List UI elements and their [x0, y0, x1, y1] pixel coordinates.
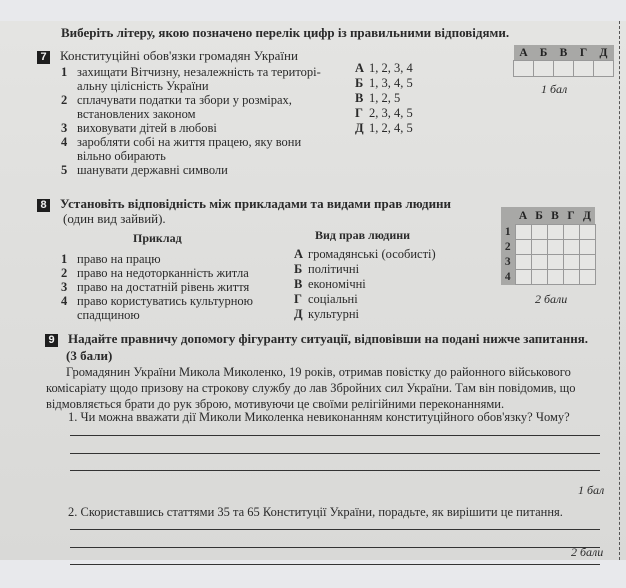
answer-option: Бполітичні: [294, 262, 436, 277]
answer-option: Агромадянські (особисті): [294, 247, 436, 262]
answer-cell[interactable]: [531, 240, 547, 255]
item-text: виховувати дітей в любові: [77, 121, 217, 135]
instruction-text: Виберіть літеру, якою позначено перелік …: [61, 25, 509, 41]
list-item: 3виховувати дітей в любові: [61, 121, 321, 135]
column-header-rights-type: Вид прав людини: [315, 228, 410, 243]
question-9-header: 9 Надайте правничу допомогу фігуранту си…: [45, 330, 588, 348]
option-letter: Д: [355, 121, 369, 136]
option-text: 1, 2, 3, 4: [369, 61, 413, 75]
item-number: 4: [61, 294, 77, 308]
item-number: 2: [61, 266, 77, 280]
question-7-score: 1 бал: [541, 82, 567, 97]
option-letter: Г: [355, 106, 369, 121]
question-8-items: 1право на працю2право на недоторканність…: [61, 252, 253, 322]
item-number: 5: [61, 163, 77, 177]
answer-cell[interactable]: [515, 225, 531, 240]
option-letter: Д: [294, 307, 308, 322]
grid-row-header: 4: [501, 270, 515, 285]
item-number: 2: [61, 93, 77, 107]
question-7-header: 7 Конституційні обов'язки громадян Украї…: [37, 47, 298, 65]
list-item: встановлених законом: [61, 107, 321, 121]
answer-cell[interactable]: [594, 61, 614, 77]
option-letter: В: [355, 91, 369, 106]
question-9-title: Надайте правничу допомогу фігуранту ситу…: [68, 331, 588, 346]
list-item: 1право на працю: [61, 252, 253, 266]
question-9-2-score: 2 бали: [571, 545, 603, 560]
question-9-1-text: 1. Чи можна вважати дії Миколи Миколенка…: [68, 410, 570, 424]
answer-line[interactable]: [70, 547, 600, 548]
option-letter: В: [294, 277, 308, 292]
answer-cell[interactable]: [534, 61, 554, 77]
answer-cell[interactable]: [531, 255, 547, 270]
answer-cell[interactable]: [554, 61, 574, 77]
item-text: право на працю: [77, 252, 161, 266]
option-letter: Б: [294, 262, 308, 277]
grid-column-header: Г: [574, 45, 594, 61]
list-item: спадщиною: [61, 308, 253, 322]
cut-line: [619, 21, 620, 560]
answer-option: Д1, 2, 4, 5: [355, 121, 413, 136]
question-7-options: А1, 2, 3, 4Б1, 3, 4, 5В1, 2, 5Г2, 3, 4, …: [355, 61, 413, 136]
answer-option: Дкультурні: [294, 307, 436, 322]
grid-row-header: 3: [501, 255, 515, 270]
situation-text: Громадянин України Микола Миколенко, 19 …: [46, 364, 606, 412]
item-text: право на недоторканність житла: [77, 266, 249, 280]
answer-cell[interactable]: [515, 255, 531, 270]
grid-column-header: Б: [531, 207, 547, 225]
answer-cell[interactable]: [579, 255, 595, 270]
answer-cell[interactable]: [563, 270, 579, 285]
item-text: шанувати державні символи: [77, 163, 228, 177]
list-item: альну цілісність України: [61, 79, 321, 93]
answer-cell[interactable]: [563, 225, 579, 240]
question-9-1-score: 1 бал: [578, 483, 604, 498]
grid-column-header: В: [547, 207, 563, 225]
question-7-title: Конституційні обов'язки громадян України: [60, 48, 298, 63]
item-text: альну цілісність України: [77, 79, 209, 93]
question-number-badge: 9: [45, 334, 58, 347]
question-7-answer-grid: АБВГД: [513, 45, 614, 77]
option-text: громадянські (особисті): [308, 247, 436, 261]
item-text: спадщиною: [77, 308, 140, 322]
item-text: вільно обирають: [77, 149, 166, 163]
grid-column-header: В: [554, 45, 574, 61]
answer-cell[interactable]: [515, 240, 531, 255]
option-letter: А: [294, 247, 308, 262]
option-text: політичні: [308, 262, 359, 276]
list-item: 1захищати Вітчизну, незалежність та тери…: [61, 65, 321, 79]
question-9-2-text: 2. Скориставшись статтями 35 та 65 Конст…: [68, 505, 563, 519]
answer-option: А1, 2, 3, 4: [355, 61, 413, 76]
option-letter: Г: [294, 292, 308, 307]
answer-cell[interactable]: [563, 255, 579, 270]
test-page: Виберіть літеру, якою позначено перелік …: [0, 21, 626, 560]
answer-line[interactable]: [70, 564, 600, 565]
item-number: 1: [61, 65, 77, 79]
option-letter: Б: [355, 76, 369, 91]
grid-column-header: А: [514, 45, 534, 61]
answer-line[interactable]: [70, 529, 600, 530]
option-text: 1, 3, 4, 5: [369, 76, 413, 90]
option-text: культурні: [308, 307, 359, 321]
answer-option: Векономічні: [294, 277, 436, 292]
answer-cell[interactable]: [515, 270, 531, 285]
option-text: 1, 2, 5: [369, 91, 400, 105]
answer-cell[interactable]: [547, 255, 563, 270]
option-text: економічні: [308, 277, 366, 291]
answer-cell[interactable]: [547, 240, 563, 255]
list-item: 2сплачувати податки та збори у розмірах,: [61, 93, 321, 107]
list-item: 4заробляти собі на життя працею, яку вон…: [61, 135, 321, 149]
answer-line[interactable]: [70, 453, 600, 454]
answer-cell[interactable]: [579, 225, 595, 240]
list-item: 5шанувати державні символи: [61, 163, 321, 177]
list-item: 3право на достатній рівень життя: [61, 280, 253, 294]
item-text: захищати Вітчизну, незалежність та терит…: [77, 65, 321, 79]
answer-cell[interactable]: [531, 225, 547, 240]
grid-corner: [501, 207, 515, 225]
answer-option: Гсоціальні: [294, 292, 436, 307]
answer-option: Б1, 3, 4, 5: [355, 76, 413, 91]
item-text: право користуватись культурною: [77, 294, 253, 308]
question-8-title: Установіть відповідність між прикладами …: [60, 196, 451, 211]
answer-cell[interactable]: [579, 270, 595, 285]
question-8-subtitle: (один вид зайвий).: [63, 211, 166, 227]
option-text: 1, 2, 4, 5: [369, 121, 413, 135]
column-header-example: Приклад: [133, 231, 182, 246]
grid-row-header: 1: [501, 225, 515, 240]
item-text: заробляти собі на життя працею, яку вони: [77, 135, 301, 149]
answer-cell[interactable]: [547, 225, 563, 240]
item-text: встановлених законом: [77, 107, 196, 121]
option-letter: А: [355, 61, 369, 76]
answer-cell[interactable]: [579, 240, 595, 255]
list-item: вільно обирають: [61, 149, 321, 163]
answer-cell[interactable]: [547, 270, 563, 285]
item-number: 4: [61, 135, 77, 149]
list-item: 2право на недоторканність житла: [61, 266, 253, 280]
item-number: 3: [61, 280, 77, 294]
question-8-score: 2 бали: [535, 292, 567, 307]
grid-column-header: Д: [594, 45, 614, 61]
option-text: 2, 3, 4, 5: [369, 106, 413, 120]
grid-column-header: Д: [579, 207, 595, 225]
answer-option: Г2, 3, 4, 5: [355, 106, 413, 121]
answer-cell[interactable]: [514, 61, 534, 77]
grid-column-header: Г: [563, 207, 579, 225]
answer-cell[interactable]: [563, 240, 579, 255]
question-number-badge: 8: [37, 199, 50, 212]
answer-option: В1, 2, 5: [355, 91, 413, 106]
question-7-items: 1захищати Вітчизну, незалежність та тери…: [61, 65, 321, 177]
question-8-answer-grid: АБВГД1234: [501, 207, 596, 285]
grid-row-header: 2: [501, 240, 515, 255]
grid-column-header: А: [515, 207, 531, 225]
question-number-badge: 7: [37, 51, 50, 64]
list-item: 4право користуватись культурною: [61, 294, 253, 308]
answer-cell[interactable]: [574, 61, 594, 77]
option-text: соціальні: [308, 292, 358, 306]
item-number: 1: [61, 252, 77, 266]
grid-column-header: Б: [534, 45, 554, 61]
item-text: право на достатній рівень життя: [77, 280, 249, 294]
question-9-points: (3 бали): [66, 348, 112, 364]
answer-line[interactable]: [70, 435, 600, 436]
answer-line[interactable]: [70, 470, 600, 471]
item-number: 3: [61, 121, 77, 135]
question-8-options: Агромадянські (особисті)БполітичніВеконо…: [294, 247, 436, 322]
item-text: сплачувати податки та збори у розмірах,: [77, 93, 292, 107]
answer-cell[interactable]: [531, 270, 547, 285]
